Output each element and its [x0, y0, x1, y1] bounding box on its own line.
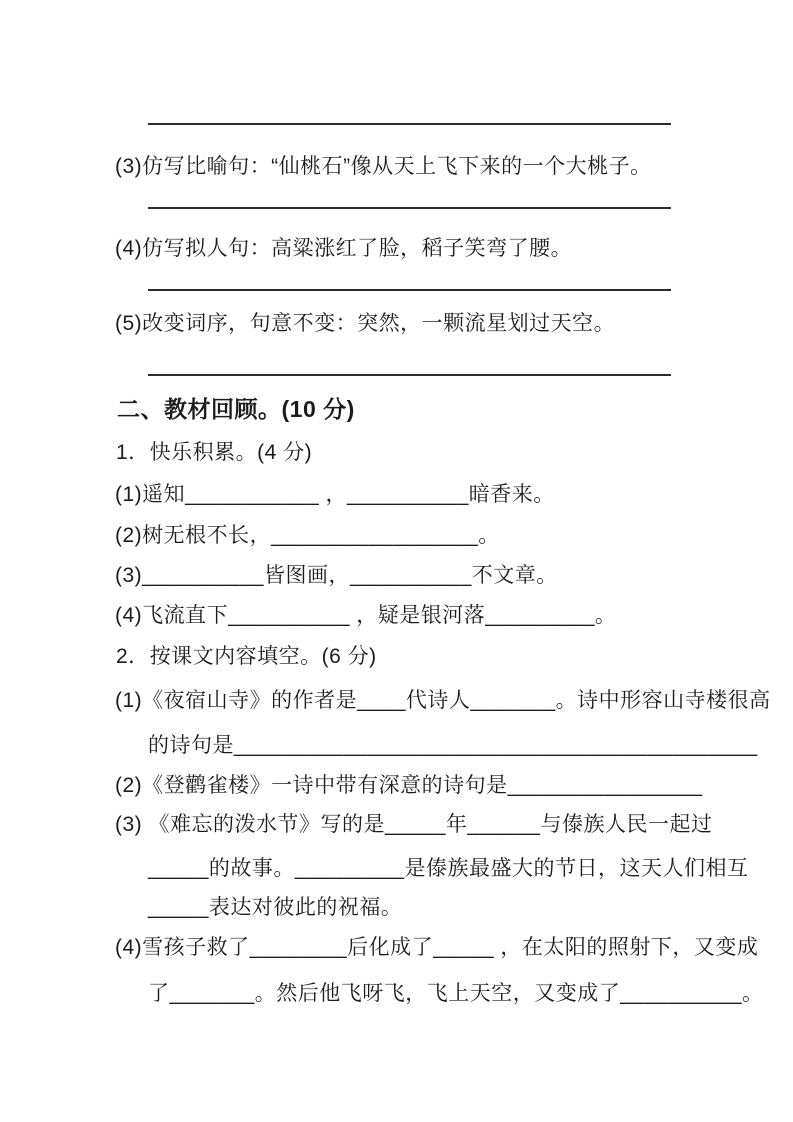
exercise-item-simile: (3)仿写比喻句：“仙桃石”像从天上飞下来的一个大桃子。 — [115, 152, 652, 182]
answer-line — [148, 207, 671, 209]
section-two-heading: 二、教材回顾。(10 分) — [117, 392, 355, 426]
fill-blank-item-1: (1)遥知___________ ，__________暗香来。 — [115, 480, 555, 510]
course-recall-item-1-line-1: (1)《夜宿山寺》的作者是____代诗人_______。诗中形容山寺楼很高 — [115, 686, 771, 716]
course-recall-item-3-line-3: _____表达对彼此的祝福。 — [148, 893, 402, 923]
exercise-item-personification: (4)仿写拟人句：高粱涨红了脸，稻子笑弯了腰。 — [115, 234, 572, 264]
course-recall-item-2-line-1: (2)《登鹳雀楼》一诗中带有深意的诗句是________________ — [115, 771, 703, 801]
subsection-two-heading: 2．按课文内容填空。(6 分) — [116, 642, 377, 672]
exercise-item-word-order: (5)改变词序，句意不变：突然，一颗流星划过天空。 — [115, 309, 615, 339]
course-recall-item-1-line-2: 的诗句是____________________________________… — [148, 731, 758, 761]
answer-line — [148, 123, 671, 125]
fill-blank-item-2: (2)树无根不长，_________________。 — [115, 521, 500, 551]
course-recall-item-4-line-1: (4)雪孩子救了________后化成了_____ ，在太阳的照射下，又变成 — [115, 933, 758, 963]
answer-line — [148, 289, 671, 291]
course-recall-item-3-line-2: _____的故事。_________是傣族最盛大的节日，这天人们相互 — [148, 854, 749, 884]
exam-paper-page: (3)仿写比喻句：“仙桃石”像从天上飞下来的一个大桃子。 (4)仿写拟人句：高粱… — [0, 0, 793, 1122]
fill-blank-item-3: (3)__________皆图画，__________不文章。 — [115, 561, 558, 591]
answer-line — [148, 374, 671, 376]
course-recall-item-3-line-1: (3) 《难忘的泼水节》写的是_____年______与傣族人民一起过 — [115, 810, 712, 840]
fill-blank-item-4: (4)飞流直下__________ ，疑是银河落_________。 — [115, 601, 616, 631]
course-recall-item-4-line-2: 了_______。然后他飞呀飞，飞上天空，又变成了__________。 — [148, 979, 764, 1009]
subsection-one-heading: 1．快乐积累。(4 分) — [116, 438, 312, 468]
